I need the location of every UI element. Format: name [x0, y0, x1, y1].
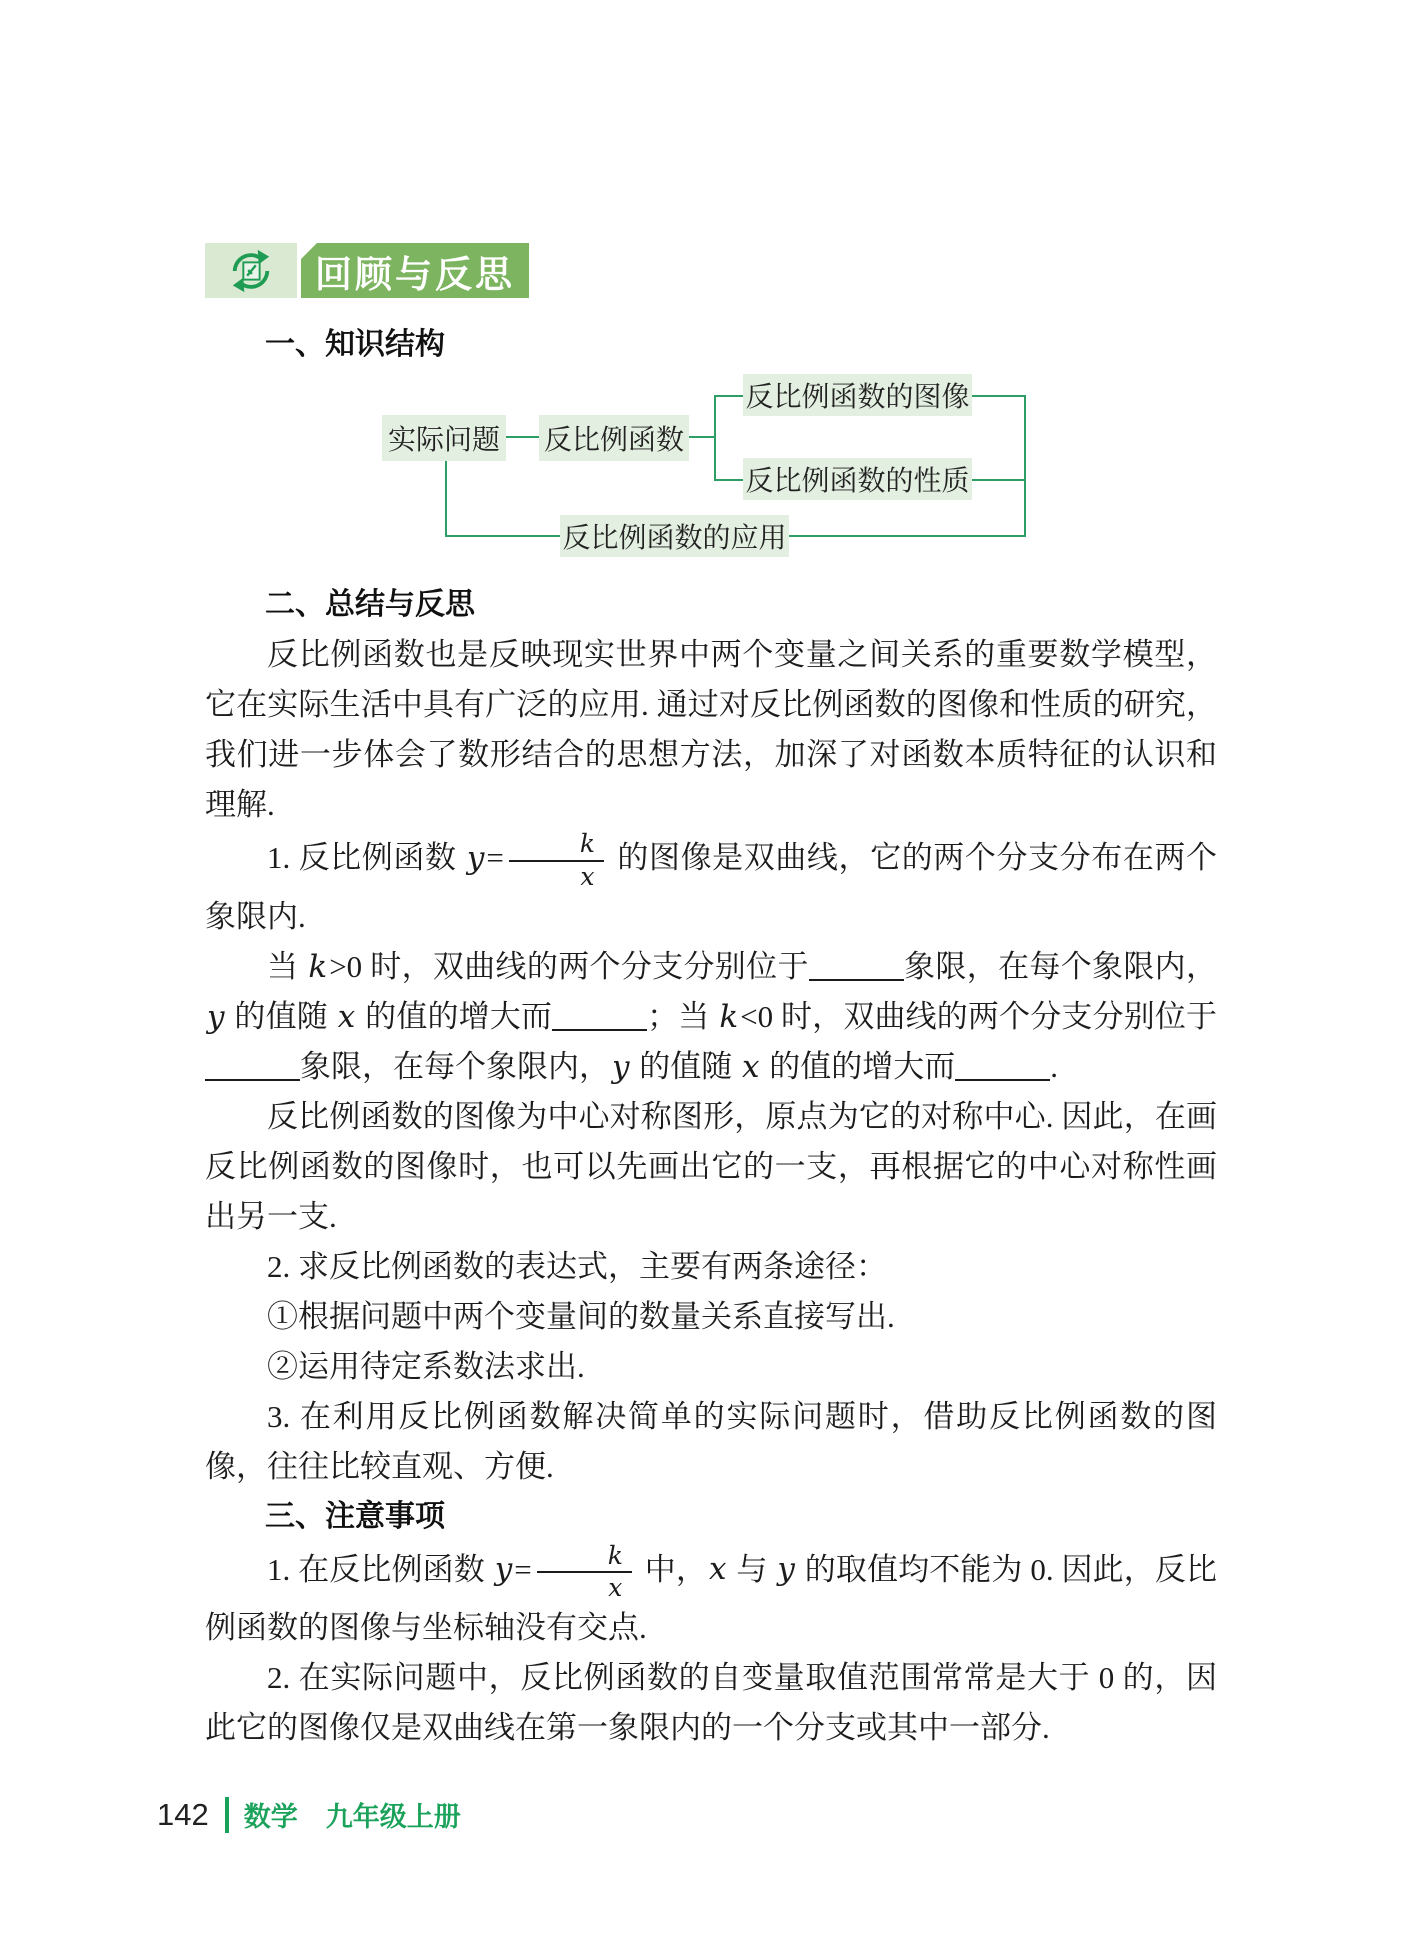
math-variable: y [493, 1551, 515, 1587]
section-badge: 回顾与反思 [205, 243, 1217, 298]
diagram-node-function-property: 反比例函数的性质 [743, 458, 972, 500]
footer-divider [225, 1797, 229, 1833]
math-variable: x [740, 1049, 761, 1085]
method-1-paragraph: ①根据问题中两个变量间的数量关系直接写出. [205, 1292, 1217, 1342]
blank-underline [552, 1025, 647, 1031]
math-variable: y [205, 999, 227, 1035]
connector-line [972, 395, 1025, 397]
page-content: 回顾与反思 一、知识结构 实际问题 反比例函数 反比例函数的图像 反比例函数的性… [205, 243, 1217, 1753]
central-symmetry-paragraph: 反比例函数的图像为中心对称图形，原点为它的对称中心. 因此，在画反比例函数的图像… [205, 1092, 1217, 1242]
fraction-numerator: k [537, 1542, 632, 1574]
fraction-denominator: x [518, 862, 594, 892]
connector-line [789, 535, 1026, 537]
math-variable: k [717, 999, 740, 1035]
page-number: 142 [157, 1797, 209, 1833]
diagram-node-practical-problem: 实际问题 [382, 415, 506, 461]
badge-title-box: 回顾与反思 [301, 243, 529, 298]
connector-line [714, 395, 716, 481]
connector-line [1024, 395, 1026, 537]
math-variable: y [775, 1551, 797, 1587]
page-footer: 142 数学 九年级上册 [157, 1795, 461, 1834]
connector-line [972, 479, 1025, 481]
connector-line [506, 436, 539, 438]
math-variable: x [707, 1551, 728, 1587]
fraction: kx [509, 830, 604, 892]
diagram-node-function-application: 反比例函数的应用 [560, 515, 789, 557]
footer-book-title: 九年级上册 [326, 1795, 461, 1834]
connector-line [714, 395, 743, 397]
footer-subject: 数学 [244, 1795, 298, 1834]
blank-underline [809, 975, 904, 981]
recycle-arrows-icon [228, 248, 274, 294]
connector-line [714, 479, 743, 481]
note-2-paragraph: 2. 在实际问题中，反比例函数的自变量取值范围常常是大于 0 的，因此它的图像仅… [205, 1653, 1217, 1753]
fraction-numerator: k [509, 830, 604, 862]
heading-summary-reflection: 二、总结与反思 [205, 580, 1217, 630]
connector-line [445, 461, 447, 537]
review-recycle-icon [205, 243, 297, 298]
connector-line [445, 535, 560, 537]
knowledge-structure-diagram: 实际问题 反比例函数 反比例函数的图像 反比例函数的性质 反比例函数的应用 [205, 370, 1217, 560]
point-2-paragraph: 2. 求反比例函数的表达式，主要有两条途径： [205, 1242, 1217, 1292]
textbook-page: 回顾与反思 一、知识结构 实际问题 反比例函数 反比例函数的图像 反比例函数的性… [0, 0, 1403, 1933]
point-3-paragraph: 3. 在利用反比例函数解决简单的实际问题时，借助反比例函数的图像，往往比较直观、… [205, 1392, 1217, 1492]
math-variable: x [336, 999, 357, 1035]
math-variable: y [610, 1049, 632, 1085]
connector-line [689, 436, 715, 438]
fraction: kx [537, 1542, 632, 1604]
blank-underline [955, 1075, 1050, 1081]
summary-intro-paragraph: 反比例函数也是反映现实世界中两个变量之间关系的重要数学模型，它在实际生活中具有广… [205, 630, 1217, 830]
heading-knowledge-structure: 一、知识结构 [205, 320, 1217, 370]
note-1-paragraph: 1. 在反比例函数 y=kx 中，x 与 y 的取值均不能为 0. 因此，反比例… [205, 1542, 1217, 1654]
math-variable: y [465, 840, 487, 876]
diagram-node-function-graph: 反比例函数的图像 [743, 374, 972, 416]
k-cases-fill-in-paragraph: 当 k>0 时，双曲线的两个分支分别位于象限，在每个象限内，y 的值随 x 的值… [205, 942, 1217, 1092]
diagram-node-inverse-function: 反比例函数 [539, 415, 689, 461]
heading-notes: 三、注意事项 [205, 1492, 1217, 1542]
math-variable: k [306, 949, 329, 985]
blank-underline [205, 1075, 300, 1081]
method-2-paragraph: ②运用待定系数法求出. [205, 1342, 1217, 1392]
fraction-denominator: x [546, 1573, 622, 1603]
badge-title: 回顾与反思 [315, 244, 515, 298]
point-1-paragraph: 1. 反比例函数 y=kx 的图像是双曲线，它的两个分支分布在两个象限内. [205, 830, 1217, 942]
